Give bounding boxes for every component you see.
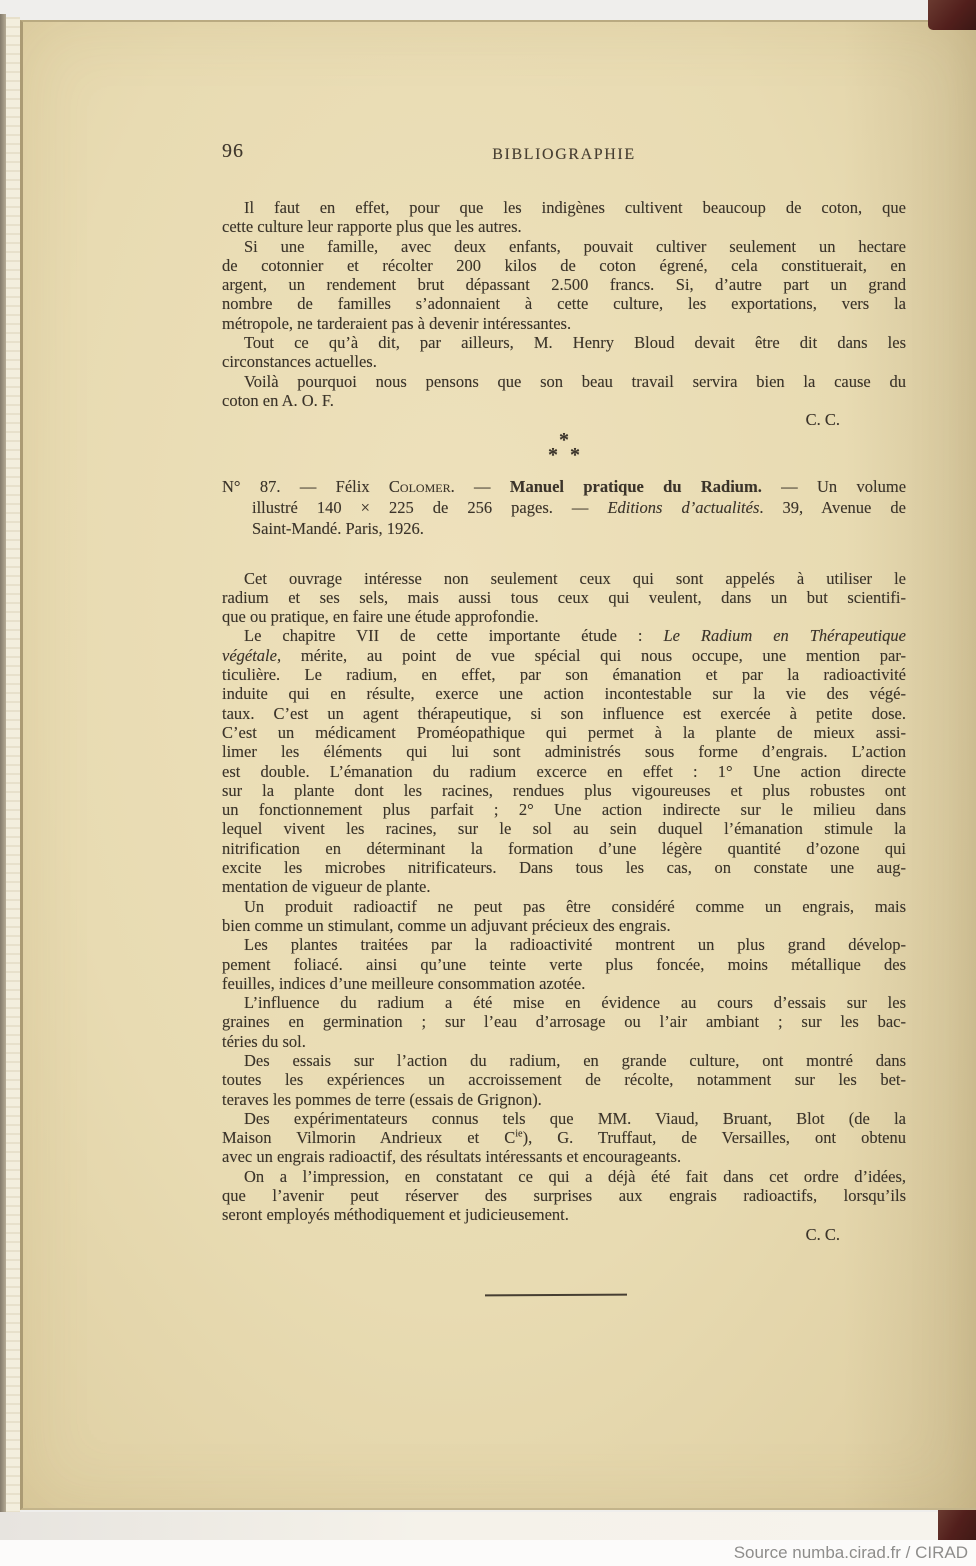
text-segment: téries du sol. xyxy=(222,1032,306,1051)
paragraph: Des expérimentateurs connus tels que MM.… xyxy=(222,1109,906,1167)
text-line: Cet ouvrage intéresse non seulement ceux… xyxy=(222,569,906,588)
text-segment: coton en A. O. F. xyxy=(222,391,334,410)
text-segment: nombre de familles s’adonnaient à cette … xyxy=(222,294,906,313)
text-segment: graines en germination ; sur l’eau d’arr… xyxy=(222,1012,906,1031)
running-head: BIBLIOGRAPHIE xyxy=(222,146,906,164)
text-line: excite les microbes nitrificateurs. Dans… xyxy=(222,858,906,877)
text-segment: feuilles, indices d’une meilleure consom… xyxy=(222,974,585,993)
text-segment: Voilà pourquoi nous pensons que son beau… xyxy=(244,372,906,391)
text-line: Le chapitre VII de cette importante étud… xyxy=(222,626,906,645)
watermark-bar: Source numba.cirad.fr / CIRAD xyxy=(0,1540,976,1566)
text-segment: , mérite, au point de vue spécial qui no… xyxy=(277,646,906,665)
end-rule xyxy=(485,1294,627,1297)
text-segment: Un produit radioactif ne peut pas être c… xyxy=(244,897,906,916)
page-stack-bottom-edge xyxy=(0,1512,940,1540)
text-line: ticulière. Le radium, en effet, par son … xyxy=(222,665,906,684)
text-line: pement foliacé. ainsi qu’une teinte vert… xyxy=(222,955,906,974)
text-segment: toutes les expériences un accroissement … xyxy=(222,1070,906,1089)
text-segment: illustré 140 × 225 de 256 pages. — xyxy=(252,498,607,517)
paragraph: On a l’impression, en constatant ce qui … xyxy=(222,1167,906,1225)
page-stack-fore-edge xyxy=(6,17,20,1538)
text-segment: Manuel pratique du Radium. xyxy=(510,477,762,496)
text-line: est double. L’émanation du radium excerc… xyxy=(222,762,906,781)
text-segment: . 39, Avenue de xyxy=(759,498,906,517)
paragraph: Les plantes traitées par la radioactivit… xyxy=(222,935,906,993)
asterism-separator: ** * xyxy=(222,430,906,464)
text-segment: limer les éléments qui lui sont administ… xyxy=(222,742,906,761)
paragraph: Un produit radioactif ne peut pas être c… xyxy=(222,897,906,936)
text-line: nitrification en déterminant la formatio… xyxy=(222,839,906,858)
text-segment: Cet ouvrage intéresse non seulement ceux… xyxy=(244,569,906,588)
text-line: teraves les pommes de terre (essais de G… xyxy=(222,1090,906,1109)
text-line: toutes les expériences un accroissement … xyxy=(222,1070,906,1089)
source-watermark: Source numba.cirad.fr / CIRAD xyxy=(734,1543,968,1563)
text-segment: radium et ses sels, mais aussi tous ceux… xyxy=(222,588,906,607)
text-line: que l’avenir peut réserver des surprises… xyxy=(222,1186,906,1205)
text-line: avec un engrais radioactif, des résultat… xyxy=(222,1147,906,1166)
text-line: téries du sol. xyxy=(222,1032,906,1051)
text-segment: Colomer xyxy=(389,477,451,496)
text-segment: mentation de vigueur de plante. xyxy=(222,877,430,896)
text-segment: circonstances actuelles. xyxy=(222,352,377,371)
text-segment: nitrification en déterminant la formatio… xyxy=(222,839,906,858)
text-line: Voilà pourquoi nous pensons que son beau… xyxy=(222,372,906,391)
text-segment: teraves les pommes de terre (essais de G… xyxy=(222,1090,542,1109)
text-line: Tout ce qu’à dit, par ailleurs, M. Henry… xyxy=(222,333,906,352)
text-segment: — Un volume xyxy=(762,477,906,496)
text-segment: seront employés méthodiquement et judici… xyxy=(222,1205,569,1224)
text-segment: est double. L’émanation du radium excerc… xyxy=(222,762,906,781)
paragraph: Si une famille, avec deux enfants, pouva… xyxy=(222,237,906,333)
text-segment: ticulière. Le radium, en effet, par son … xyxy=(222,665,906,684)
text-segment: pement foliacé. ainsi qu’une teinte vert… xyxy=(222,955,906,974)
paragraph: L’influence du radium a été mise en évid… xyxy=(222,993,906,1051)
paragraph: Voilà pourquoi nous pensons que son beau… xyxy=(222,372,906,411)
text-segment: bien comme un stimulant, comme un adjuva… xyxy=(222,916,671,935)
text-segment: Le Radium en Thérapeutique xyxy=(663,626,906,645)
text-segment: Tout ce qu’à dit, par ailleurs, M. Henry… xyxy=(244,333,906,352)
text-segment: que l’avenir peut réserver des surprises… xyxy=(222,1186,906,1205)
paragraph: Le chapitre VII de cette importante étud… xyxy=(222,626,906,896)
text-segment: ie xyxy=(515,1129,522,1140)
text-segment: Si une famille, avec deux enfants, pouva… xyxy=(244,237,906,256)
text-line: métropole, ne tarderaient pas à devenir … xyxy=(222,314,906,333)
text-segment: végétale xyxy=(222,646,277,665)
text-line: un fonctionnement plus parfait ; 2° Une … xyxy=(222,800,906,819)
text-line: induite qui en résulte, exerce une actio… xyxy=(222,684,906,703)
text-line: que ou pratique, en faire une étude appr… xyxy=(222,607,906,626)
text-segment: Editions d’actualités xyxy=(607,498,759,517)
text-segment: cette culture leur rapporte plus que les… xyxy=(222,217,522,236)
text-segment: Saint-Mandé. Paris, 1926. xyxy=(252,519,424,538)
text-line: N° 87. — Félix Colomer. — Manuel pratiqu… xyxy=(222,476,906,497)
text-segment: Maison Vilmorin Andrieux et C xyxy=(222,1128,515,1147)
text-segment: sur la plante dont les racines, rendues … xyxy=(222,781,906,800)
bibliography-entry: N° 87. — Félix Colomer. — Manuel pratiqu… xyxy=(222,476,906,539)
text-line: Si une famille, avec deux enfants, pouva… xyxy=(222,237,906,256)
text-line: coton en A. O. F. xyxy=(222,391,906,410)
text-segment: L’influence du radium a été mise en évid… xyxy=(244,993,906,1012)
text-segment: excite les microbes nitrificateurs. Dans… xyxy=(222,858,906,877)
text-segment: Des essais sur l’action du radium, en gr… xyxy=(244,1051,906,1070)
paragraph: Cet ouvrage intéresse non seulement ceux… xyxy=(222,569,906,627)
text-flow: Il faut en effet, pour que les indigènes… xyxy=(222,198,906,1296)
text-line: nombre de familles s’adonnaient à cette … xyxy=(222,294,906,313)
text-segment: de cotonnier et récolter 200 kilos de co… xyxy=(222,256,906,275)
text-line: Maison Vilmorin Andrieux et Cie), G. Tru… xyxy=(222,1128,906,1147)
paragraph: Il faut en effet, pour que les indigènes… xyxy=(222,198,906,237)
text-segment: induite qui en résulte, exerce une actio… xyxy=(222,684,906,703)
reviewer-signature: C. C. xyxy=(222,1225,906,1244)
text-line: Il faut en effet, pour que les indigènes… xyxy=(222,198,906,217)
text-segment: argent, un rendement brut dépassant 2.50… xyxy=(222,275,906,294)
text-line: graines en germination ; sur l’eau d’arr… xyxy=(222,1012,906,1031)
text-segment: Les plantes traitées par la radioactivit… xyxy=(244,935,906,954)
reviewer-signature: C. C. xyxy=(222,410,906,429)
text-segment: Le chapitre VII de cette importante étud… xyxy=(244,626,663,645)
text-segment: métropole, ne tarderaient pas à devenir … xyxy=(222,314,571,333)
text-line: mentation de vigueur de plante. xyxy=(222,877,906,896)
text-segment: que ou pratique, en faire une étude appr… xyxy=(222,607,539,626)
book-cover-corner-bottom xyxy=(938,1510,976,1540)
text-line: seront employés méthodiquement et judici… xyxy=(222,1205,906,1224)
text-segment: N° 87. — Félix xyxy=(222,477,389,496)
text-segment: un fonctionnement plus parfait ; 2° Une … xyxy=(222,800,906,819)
text-line: radium et ses sels, mais aussi tous ceux… xyxy=(222,588,906,607)
text-segment: C’est un médicament Proméopathique qui p… xyxy=(222,723,906,742)
text-line: argent, un rendement brut dépassant 2.50… xyxy=(222,275,906,294)
text-segment: . — xyxy=(451,477,510,496)
text-segment: Il faut en effet, pour que les indigènes… xyxy=(244,198,906,217)
text-line: sur la plante dont les racines, rendues … xyxy=(222,781,906,800)
text-line: L’influence du radium a été mise en évid… xyxy=(222,993,906,1012)
text-line: limer les éléments qui lui sont administ… xyxy=(222,742,906,761)
text-line: On a l’impression, en constatant ce qui … xyxy=(222,1167,906,1186)
text-segment: Des expérimentateurs connus tels que MM.… xyxy=(244,1109,906,1128)
scanned-book-page: { "page": { "number": "96", "header": "B… xyxy=(0,0,976,1566)
text-segment: ), G. Truffaut, de Versailles, ont obten… xyxy=(523,1128,906,1147)
text-line: de cotonnier et récolter 200 kilos de co… xyxy=(222,256,906,275)
text-line: cette culture leur rapporte plus que les… xyxy=(222,217,906,236)
text-segment: taux. C’est un agent thérapeutique, si s… xyxy=(222,704,906,723)
text-line: feuilles, indices d’une meilleure consom… xyxy=(222,974,906,993)
paragraph: Tout ce qu’à dit, par ailleurs, M. Henry… xyxy=(222,333,906,372)
text-line: illustré 140 × 225 de 256 pages. — Editi… xyxy=(222,497,906,518)
text-line: Des essais sur l’action du radium, en gr… xyxy=(222,1051,906,1070)
text-line: circonstances actuelles. xyxy=(222,352,906,371)
book-cover-corner-top xyxy=(928,0,976,30)
text-line: végétale, mérite, au point de vue spécia… xyxy=(222,646,906,665)
text-line: C’est un médicament Proméopathique qui p… xyxy=(222,723,906,742)
text-line: Saint-Mandé. Paris, 1926. xyxy=(222,518,906,539)
text-line: taux. C’est un agent thérapeutique, si s… xyxy=(222,704,906,723)
text-line: Les plantes traitées par la radioactivit… xyxy=(222,935,906,954)
text-segment: lequel vivent les racines, sur le sol au… xyxy=(222,819,906,838)
paragraph: Des essais sur l’action du radium, en gr… xyxy=(222,1051,906,1109)
asterisk-bottom: * * xyxy=(222,448,906,463)
text-line: Un produit radioactif ne peut pas être c… xyxy=(222,897,906,916)
text-segment: On a l’impression, en constatant ce qui … xyxy=(244,1167,906,1186)
text-line: Des expérimentateurs connus tels que MM.… xyxy=(222,1109,906,1128)
text-segment: avec un engrais radioactif, des résultat… xyxy=(222,1147,681,1166)
text-line: bien comme un stimulant, comme un adjuva… xyxy=(222,916,906,935)
text-line: lequel vivent les racines, sur le sol au… xyxy=(222,819,906,838)
